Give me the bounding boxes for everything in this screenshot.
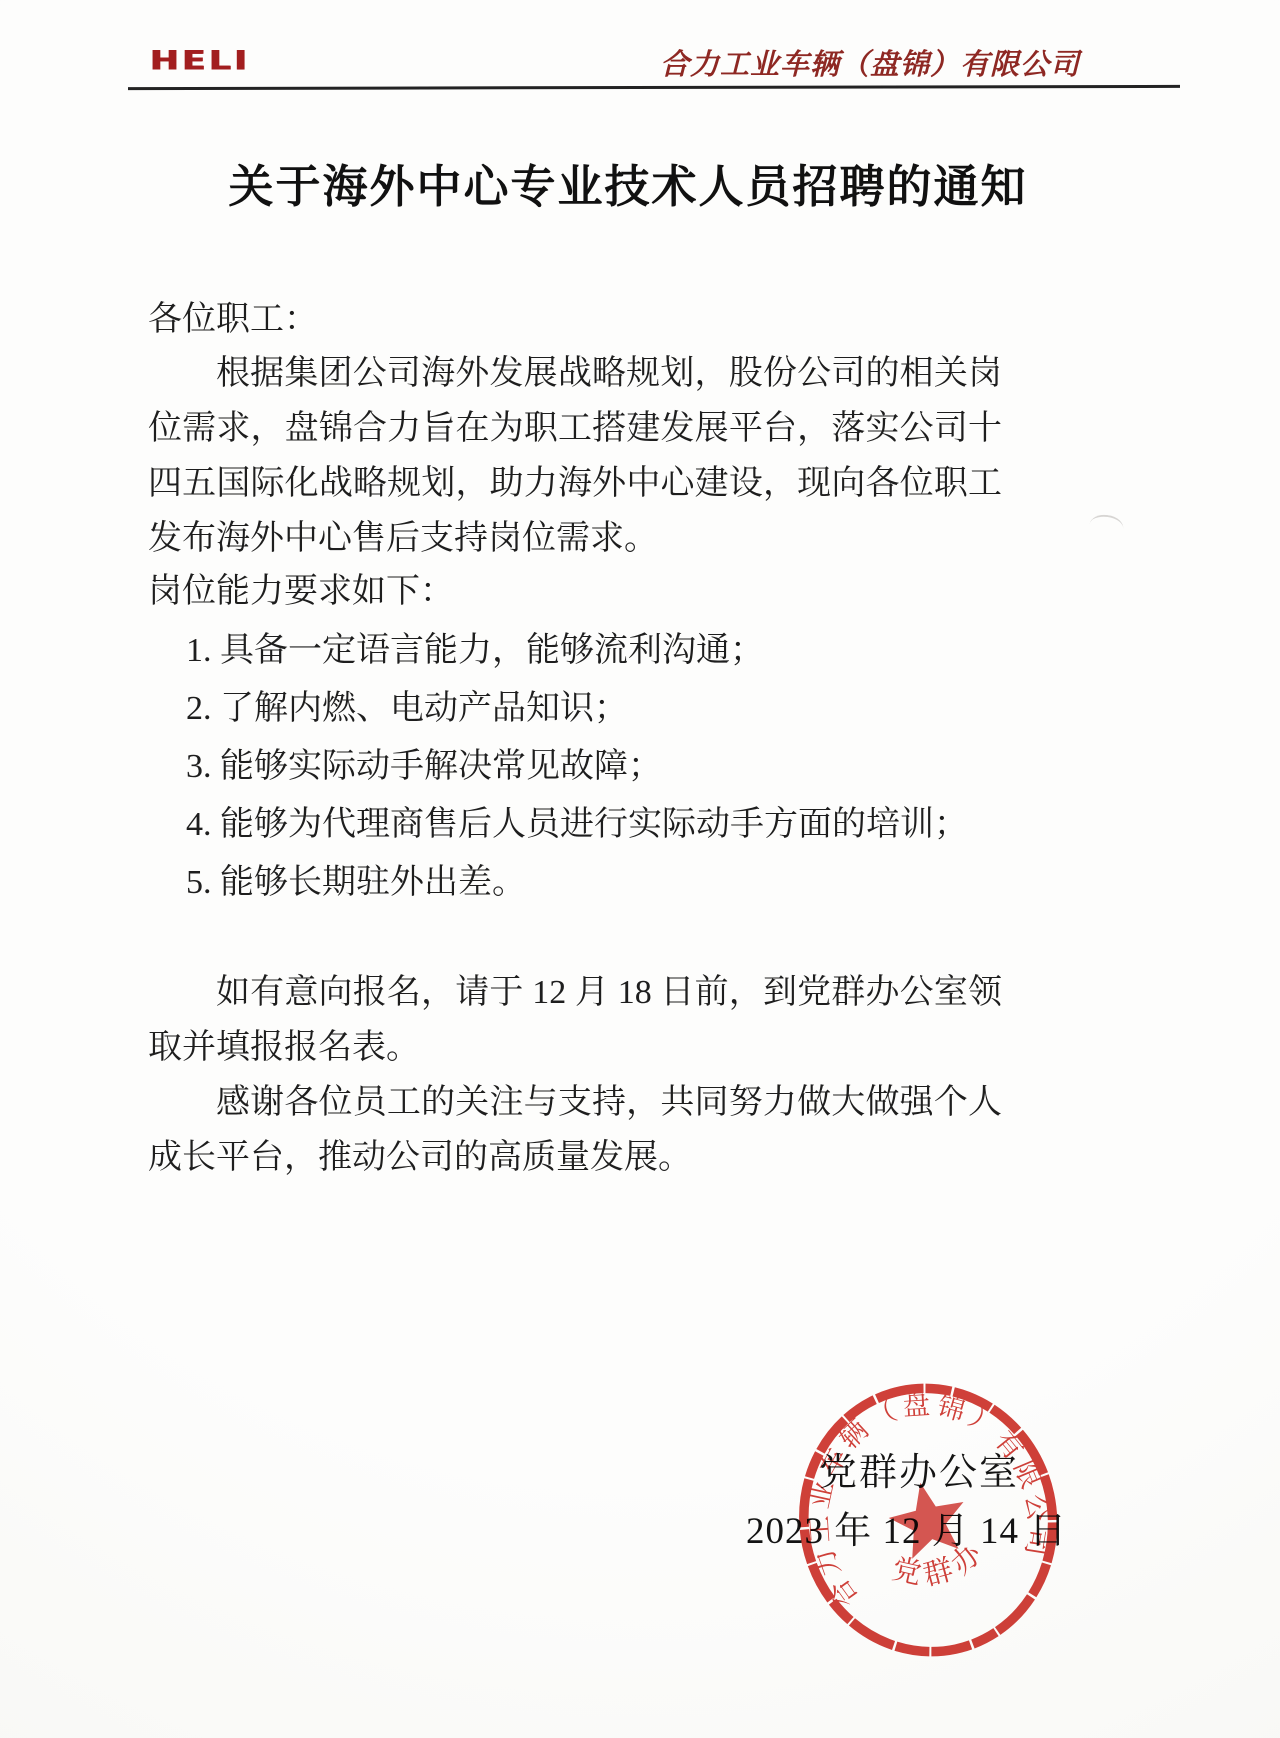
requirements-list: 1. 具备一定语言能力，能够流利沟通； 2. 了解内燃、电动产品知识； 3. 能… (148, 622, 1002, 912)
requirement-item: 1. 具备一定语言能力，能够流利沟通； (186, 622, 1002, 680)
signature-date: 2023 年 12 月 14 日 (746, 1500, 1067, 1554)
notice-title: 关于海外中心专业技术人员招聘的通知 (148, 150, 1108, 215)
requirement-item: 5. 能够长期驻外出差。 (186, 854, 1002, 912)
header-rule (128, 85, 1180, 90)
heli-logo: HELI (150, 44, 250, 76)
greeting: 各位职工： (148, 291, 1002, 340)
requirement-item: 2. 了解内燃、电动产品知识； (186, 680, 1002, 738)
paragraph-thanks: 感谢各位员工的关注与支持，共同努力做大做强个人成长平台，推动公司的高质量发展。 (148, 1075, 1002, 1185)
requirements-heading: 岗位能力要求如下： (148, 563, 1002, 612)
signature-department: 党群办公室 (819, 1441, 1019, 1496)
requirement-item: 3. 能够实际动手解决常见故障； (186, 738, 1002, 796)
scanned-notice-page: HELI 合力工业车辆（盘锦）有限公司 关于海外中心专业技术人员招聘的通知 各位… (0, 0, 1280, 1738)
requirement-item: 4. 能够为代理商售后人员进行实际动手方面的培训； (186, 796, 1002, 854)
paragraph-intro: 根据集团公司海外发展战略规划，股份公司的相关岗位需求，盘锦合力旨在为职工搭建发展… (148, 346, 1002, 566)
scan-artifact (1089, 513, 1125, 532)
header-company-name: 合力工业车辆（盘锦）有限公司 (660, 42, 1080, 83)
paragraph-signup: 如有意向报名，请于 12 月 18 日前，到党群办公室领取并填报报名表。 (148, 965, 1002, 1075)
